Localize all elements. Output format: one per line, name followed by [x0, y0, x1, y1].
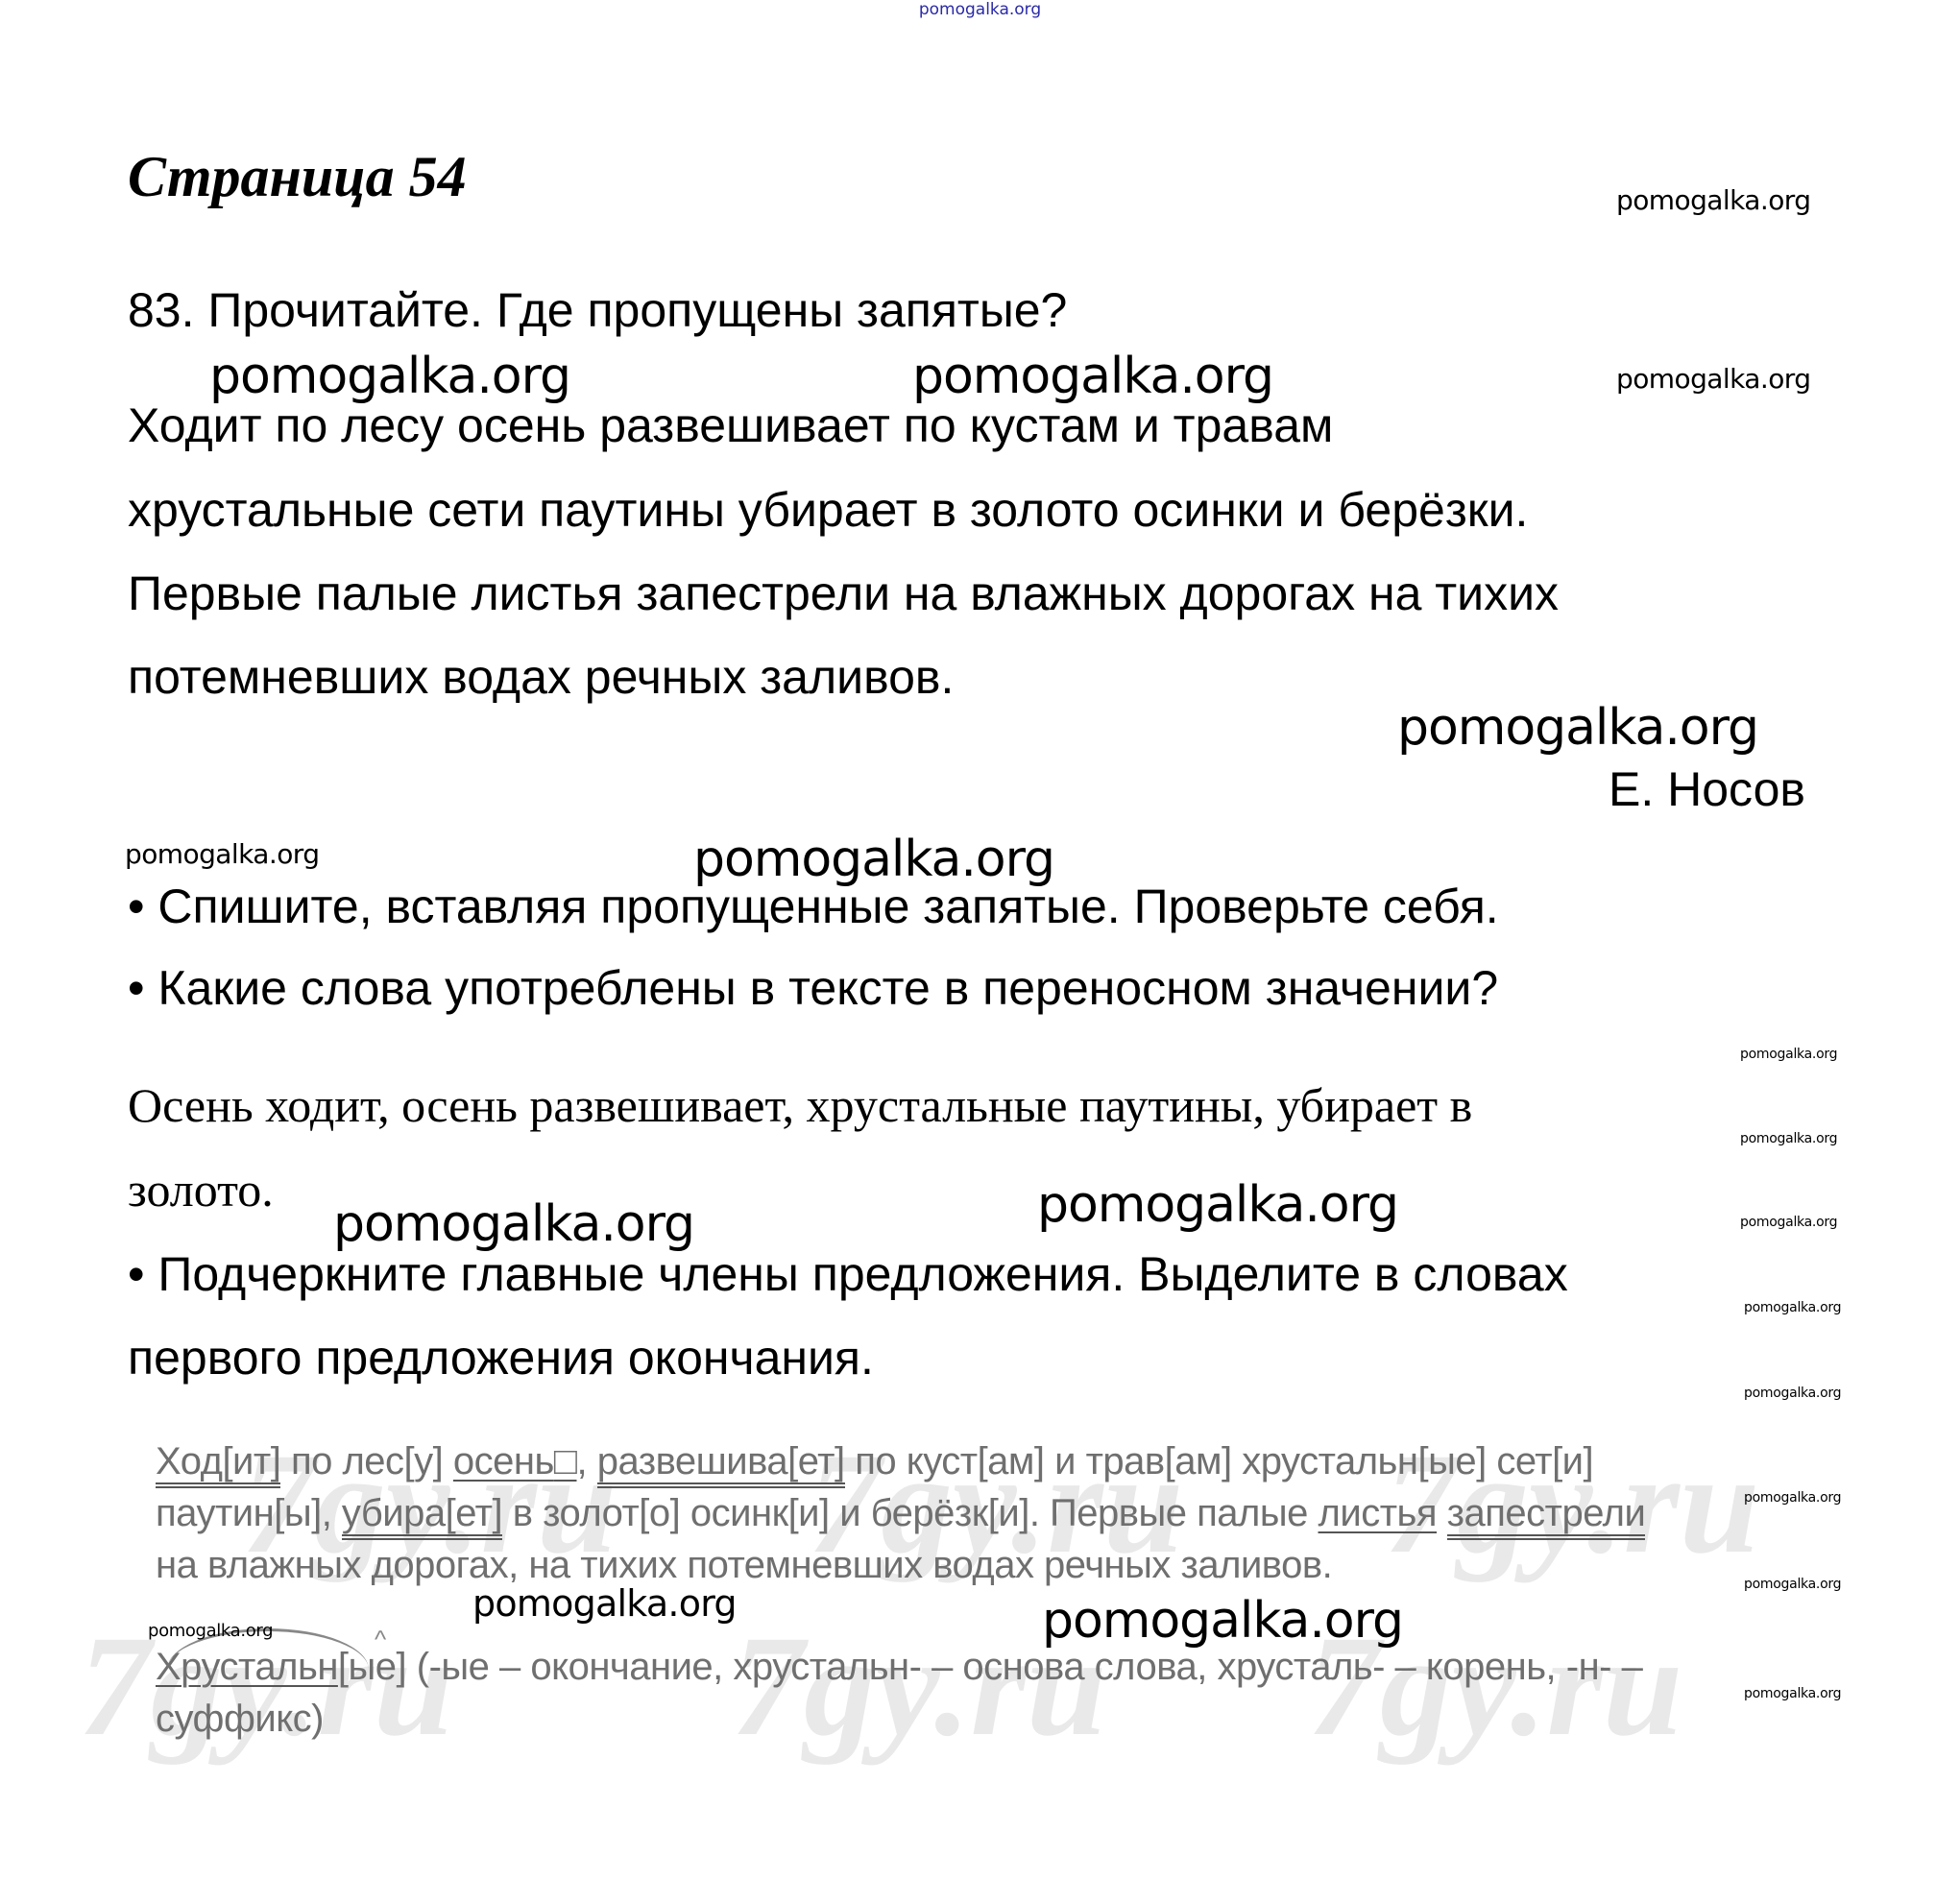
- solution-line: суффикс): [156, 1698, 324, 1741]
- watermark: pomogalka.org: [1740, 1215, 1837, 1230]
- text: (-ые – окончание, хрустальн- – основа сл…: [406, 1646, 1642, 1688]
- watermark: pomogalka.org: [1744, 1490, 1841, 1506]
- task-item: • Какие слова употреблены в тексте в пер…: [128, 960, 1498, 1016]
- watermark: pomogalka.org: [1616, 184, 1810, 216]
- zero-ending: □: [554, 1440, 577, 1482]
- watermark: pomogalka.org: [472, 1582, 737, 1625]
- ending: [ет]: [787, 1440, 844, 1482]
- header-watermark: pomogalka.org: [0, 0, 1960, 19]
- watermark: pomogalka.org: [1744, 1300, 1841, 1315]
- watermark: pomogalka.org: [333, 1195, 694, 1253]
- task-item: • Спишите, вставляя пропущенные запятые.…: [128, 879, 1499, 934]
- subject: осень: [453, 1440, 554, 1482]
- task-item: первого предложения окончания.: [128, 1330, 874, 1386]
- watermark: pomogalka.org: [1744, 1577, 1841, 1592]
- watermark: pomogalka.org: [1397, 699, 1758, 757]
- answer-line: Осень ходит, осень развешивает, хрусталь…: [128, 1077, 1472, 1133]
- watermark: pomogalka.org: [1740, 1047, 1837, 1062]
- predicate: Ход: [156, 1440, 222, 1482]
- solution-line: на влажных дорогах, на тихих потемневших…: [156, 1544, 1332, 1587]
- solution-block: 7gy.ru 7gy.ru 7gy.ru 7gy.ru 7gy.ru 7gy.r…: [156, 1440, 1827, 1757]
- predicate: убира: [342, 1492, 446, 1534]
- watermark: pomogalka.org: [1616, 363, 1810, 395]
- ending: [ит]: [222, 1440, 280, 1482]
- watermark: pomogalka.org: [1744, 1686, 1841, 1701]
- watermark: pomogalka.org: [1042, 1592, 1403, 1650]
- watermark: pomogalka.org: [125, 838, 319, 870]
- watermark: pomogalka.org: [1744, 1386, 1841, 1401]
- exercise-text-line: Ходит по лесу осень развешивает по куста…: [128, 398, 1333, 453]
- author: Е. Носов: [1609, 761, 1805, 817]
- solution-line: Ход[ит] по лес[у] осень□, развешива[ет] …: [156, 1440, 1593, 1483]
- ending: [ет]: [446, 1492, 502, 1534]
- watermark: pomogalka.org: [1740, 1131, 1837, 1146]
- watermark: pomogalka.org: [912, 348, 1273, 405]
- subject: листья: [1319, 1492, 1438, 1534]
- text: по лес[у]: [280, 1440, 453, 1482]
- solution-line: паутин[ы], убира[ет] в золот[о] осинк[и]…: [156, 1492, 1645, 1535]
- suffix-hat-icon: ^: [375, 1625, 386, 1654]
- answer-line: золото.: [128, 1162, 274, 1217]
- predicate: запестрели: [1447, 1492, 1646, 1540]
- watermark: pomogalka.org: [148, 1621, 273, 1641]
- exercise-text-line: Первые палые листья запестрели на влажны…: [128, 566, 1559, 621]
- text: по куст[ам] и трав[ам] хрустальн[ые] сет…: [845, 1440, 1594, 1482]
- text: паутин[ы],: [156, 1492, 342, 1534]
- text: [1437, 1492, 1447, 1534]
- exercise-text-line: потемневших водах речных заливов.: [128, 649, 954, 705]
- solution-line: ^ Хрустальн [ые] (-ые – окончание, хруст…: [156, 1646, 1642, 1689]
- task-item: • Подчеркните главные члены предложения.…: [128, 1246, 1568, 1302]
- predicate: развешива: [597, 1440, 787, 1482]
- text: в золот[о] осинк[и] и берёзк[и]. Первые …: [502, 1492, 1318, 1534]
- watermark: pomogalka.org: [1037, 1176, 1398, 1234]
- text: ,: [576, 1440, 596, 1482]
- watermark: pomogalka.org: [209, 348, 570, 405]
- page-title: Страница 54: [128, 144, 467, 210]
- exercise-prompt: 83. Прочитайте. Где пропущены запятые?: [128, 282, 1067, 338]
- exercise-text-line: хрустальные сети паутины убирает в золот…: [128, 482, 1528, 538]
